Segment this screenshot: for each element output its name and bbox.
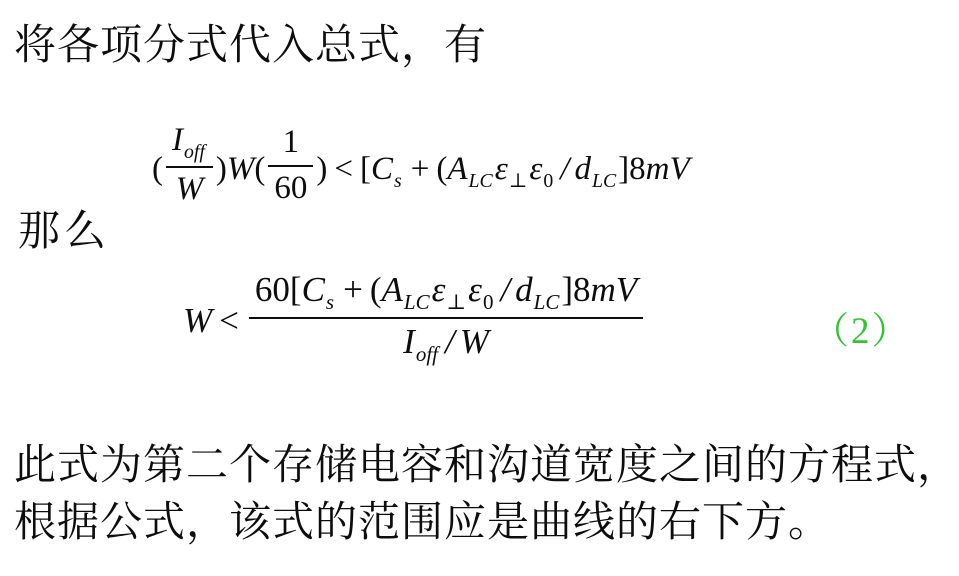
open-paren-3: ( bbox=[436, 151, 447, 187]
then-label: 那么 bbox=[18, 198, 110, 258]
var-i: I bbox=[172, 122, 183, 158]
sub-s: s bbox=[326, 290, 334, 314]
open-paren: ( bbox=[370, 270, 382, 309]
paragraph-line-1: 此式为第二个存储电容和沟道宽度之间的方程式， bbox=[14, 438, 959, 495]
var-epsilon-perp: ε bbox=[432, 270, 446, 309]
fraction-denominator: Ioff/W bbox=[249, 319, 643, 366]
slide-page: 将各项分式代入总式，有 (IoffW)W(160)<[Cs+(ALCε⊥ε0/d… bbox=[0, 0, 959, 576]
formula-2: W<60[Cs+(ALCε⊥ε0/dLC]8mVIoff/W bbox=[183, 276, 646, 372]
divide-slash: / bbox=[560, 151, 569, 187]
sub-zero: 0 bbox=[483, 290, 494, 314]
var-w: W bbox=[227, 151, 255, 187]
equation-number: （2） bbox=[812, 300, 911, 354]
sub-perp: ⊥ bbox=[509, 170, 528, 192]
intro-sentence: 将各项分式代入总式，有 bbox=[14, 12, 487, 72]
var-d: d bbox=[574, 151, 591, 187]
var-epsilon-zero: ε bbox=[529, 151, 542, 187]
plus-sign: + bbox=[411, 151, 430, 187]
var-w-den: W bbox=[176, 171, 204, 207]
var-i: I bbox=[403, 322, 415, 361]
divide-slash: / bbox=[445, 322, 455, 361]
var-w: W bbox=[183, 301, 212, 340]
open-paren-1: ( bbox=[152, 151, 163, 187]
sub-off: off bbox=[416, 342, 438, 366]
fraction-denominator: 60 bbox=[268, 167, 313, 208]
coefficient-8: 8 bbox=[629, 151, 646, 187]
close-bracket: ] bbox=[561, 270, 573, 309]
var-a: A bbox=[447, 151, 467, 187]
main-fraction: 60[Cs+(ALCε⊥ε0/dLC]8mVIoff/W bbox=[249, 270, 643, 366]
sub-lc: LC bbox=[404, 290, 430, 314]
var-d: d bbox=[515, 270, 533, 309]
fraction-numerator: 1 bbox=[268, 124, 313, 167]
fraction-denominator: W bbox=[166, 168, 213, 209]
formula-1: (IoffW)W(160)<[Cs+(ALCε⊥ε0/dLC]8mV bbox=[152, 128, 690, 215]
open-bracket: [ bbox=[360, 151, 371, 187]
close-paren-1: ) bbox=[216, 151, 227, 187]
fraction-one-over-sixty: 160 bbox=[268, 124, 313, 208]
var-a: A bbox=[382, 270, 403, 309]
close-bracket: ] bbox=[618, 151, 629, 187]
paragraph-line-2: 根据公式，该式的范围应是曲线的右下方。 bbox=[14, 495, 959, 552]
coefficient-8: 8 bbox=[573, 270, 591, 309]
sub-lc: LC bbox=[592, 170, 616, 192]
var-w: W bbox=[460, 322, 489, 361]
var-c: C bbox=[371, 151, 393, 187]
plus-sign: + bbox=[343, 270, 363, 309]
sub-lc: LC bbox=[469, 170, 493, 192]
divide-slash: / bbox=[500, 270, 510, 309]
conclusion-paragraph: 此式为第二个存储电容和沟道宽度之间的方程式， 根据公式，该式的范围应是曲线的右下… bbox=[14, 438, 959, 552]
less-than-sign: < bbox=[219, 301, 239, 340]
unit-mv: mV bbox=[591, 270, 638, 309]
less-than-sign: < bbox=[334, 151, 353, 187]
var-epsilon-zero: ε bbox=[468, 270, 482, 309]
fraction-numerator: 60[Cs+(ALCε⊥ε0/dLC]8mV bbox=[249, 270, 643, 319]
fraction-ioff-over-w: IoffW bbox=[166, 122, 213, 209]
var-epsilon-perp: ε bbox=[495, 151, 508, 187]
sub-zero: 0 bbox=[543, 170, 553, 192]
sub-off: off bbox=[184, 141, 205, 163]
sub-s: s bbox=[394, 170, 402, 192]
var-c: C bbox=[302, 270, 325, 309]
sub-lc: LC bbox=[534, 290, 560, 314]
open-bracket: [ bbox=[290, 270, 302, 309]
coefficient-60: 60 bbox=[255, 270, 290, 309]
unit-mv: mV bbox=[646, 151, 690, 187]
sub-perp: ⊥ bbox=[446, 290, 466, 314]
open-paren-2: ( bbox=[254, 151, 265, 187]
close-paren-2: ) bbox=[316, 151, 327, 187]
fraction-numerator: Ioff bbox=[166, 122, 213, 168]
